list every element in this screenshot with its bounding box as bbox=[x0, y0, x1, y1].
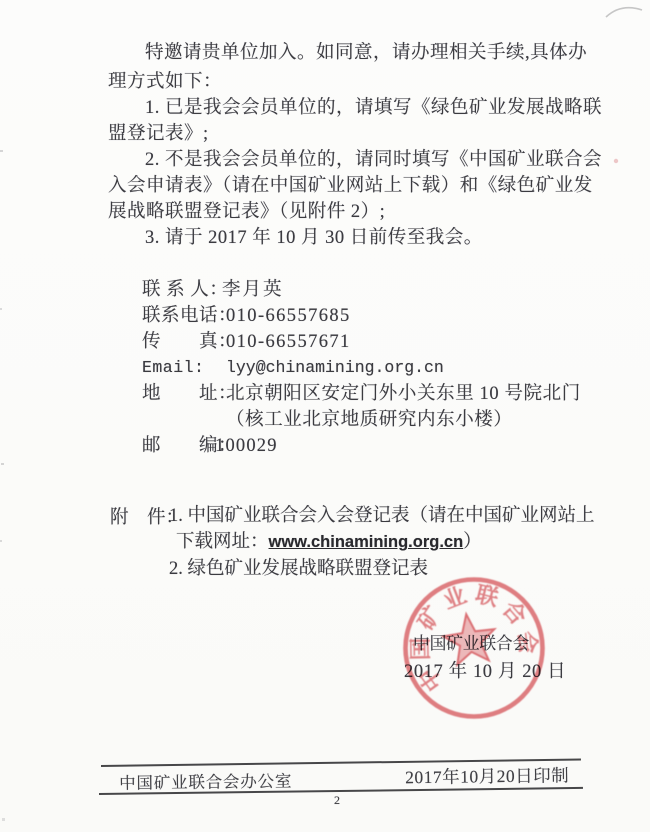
seal-char: 会 bbox=[514, 630, 542, 656]
contact-row-email: Email: lyy@chinamining.org.cn bbox=[142, 355, 602, 381]
contact-block: 联 系 人： 李月英 联系电话： 010-66557685 传 真： 010-6… bbox=[142, 277, 602, 459]
contact-label: Email: bbox=[142, 355, 204, 381]
scanned-document-page: 特邀请贵单位加入。如同意，请办理相关手续,具体办 理方式如下： 1. 已是我会会… bbox=[0, 0, 650, 832]
body-line: 特邀请贵单位加入。如同意，请办理相关手续,具体办 bbox=[108, 40, 638, 66]
corner-scratch bbox=[606, 8, 642, 17]
body-line: 盟登记表》; bbox=[108, 121, 638, 147]
seal-char: 合 bbox=[498, 596, 533, 630]
edge-speck bbox=[0, 150, 3, 152]
contact-row-fax: 传 真： 010-66557671 bbox=[142, 329, 602, 355]
attachment-item-1-suffix: ） bbox=[463, 532, 482, 552]
contact-label: 联系电话： bbox=[142, 303, 237, 329]
attachments-block: 附 件： 1. 中国矿业联合会入会登记表（请在中国矿业网站上 下载网址：www.… bbox=[110, 503, 595, 582]
contact-value: lyy@chinamining.org.cn bbox=[226, 355, 602, 381]
body-line: 2. 不是我会会员单位的，请同时填写《中国矿业联合会 bbox=[108, 147, 638, 173]
body-line: 1. 已是我会会员单位的，请填写《绿色矿业发展战略联 bbox=[108, 95, 638, 121]
contact-row-address: 地 址： 北京朝阳区安定门外小关东里 10 号院北门（核工业北京地质研究内东小楼… bbox=[142, 381, 602, 433]
seal-char: 国 bbox=[408, 637, 433, 660]
attachment-item-1: 1. 中国矿业联合会入会登记表（请在中国矿业网站上 bbox=[169, 503, 595, 529]
body-line: 展战略联盟登记表》（见附件 2）; bbox=[108, 199, 638, 225]
page-number: 2 bbox=[334, 793, 340, 808]
body-text: 特邀请贵单位加入。如同意，请办理相关手续,具体办 理方式如下： 1. 已是我会会… bbox=[108, 40, 638, 251]
contact-value: 100029 bbox=[215, 433, 602, 459]
footer-print-date: 2017年10月20日印制 bbox=[405, 762, 569, 789]
contact-row-postcode: 邮 编： 100029 bbox=[142, 433, 602, 459]
edge-speck bbox=[2, 818, 5, 821]
body-line: 理方式如下： bbox=[108, 69, 638, 95]
contact-value: 李月英 bbox=[222, 277, 602, 303]
seal-char: 联 bbox=[473, 581, 501, 611]
body-line: 3. 请于 2017 年 10 月 30 日前传至我会。 bbox=[108, 225, 638, 251]
contact-label: 联 系 人： bbox=[142, 277, 228, 303]
contact-label: 传 真： bbox=[142, 329, 237, 355]
attachment-item-1-continued: 下载网址：www.chinamining.org.cn） bbox=[169, 529, 595, 555]
download-url-label: 下载网址： bbox=[176, 532, 269, 552]
edge-speck bbox=[0, 308, 2, 310]
download-url: www.chinamining.org.cn bbox=[269, 533, 464, 551]
edge-speck bbox=[0, 540, 2, 542]
footer-office-name: 中国矿业联合会办公室 bbox=[119, 768, 292, 794]
contact-value: 010-66557671 bbox=[226, 329, 602, 355]
attachments-label: 附 件： bbox=[110, 503, 184, 529]
body-line: 入会申请表》（请在中国矿业网站上下载）和《绿色矿业发 bbox=[108, 173, 638, 199]
edge-speck bbox=[1, 463, 4, 465]
contact-row-person: 联 系 人： 李月英 bbox=[142, 277, 602, 303]
seal-star-icon bbox=[441, 611, 499, 666]
contact-label: 地 址： bbox=[142, 381, 237, 407]
attachments-items: 1. 中国矿业联合会入会登记表（请在中国矿业网站上 下载网址：www.china… bbox=[169, 503, 595, 582]
contact-value: 010-66557685 bbox=[226, 303, 602, 329]
official-seal-stamp: 中 国 矿 业 联 合 会 bbox=[399, 573, 549, 723]
contact-label: 邮 编： bbox=[142, 433, 237, 459]
contact-value: 北京朝阳区安定门外小关东里 10 号院北门（核工业北京地质研究内东小楼） bbox=[226, 381, 600, 433]
contact-row-phone: 联系电话： 010-66557685 bbox=[142, 303, 602, 329]
